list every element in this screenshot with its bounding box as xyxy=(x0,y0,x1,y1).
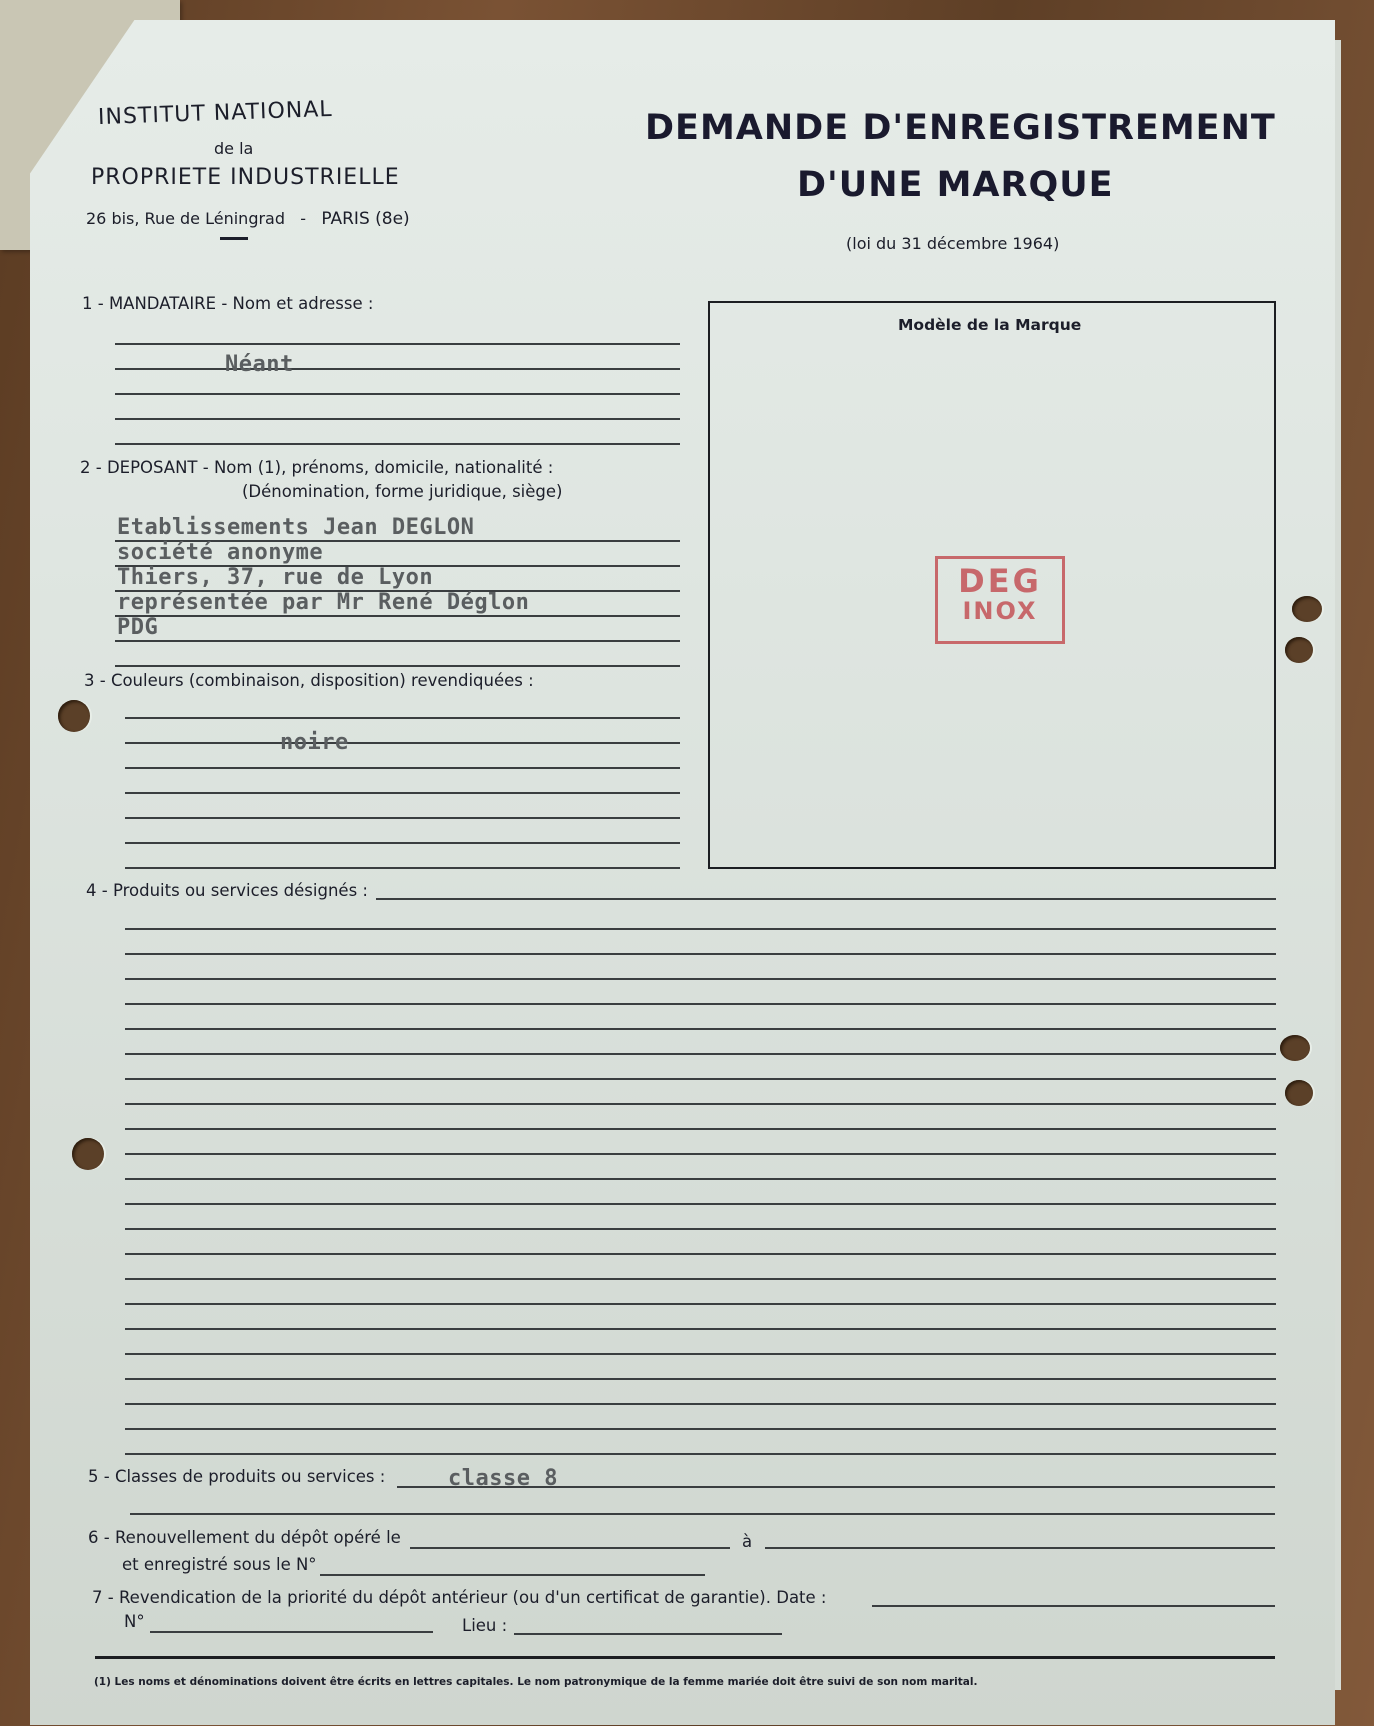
punch-hole xyxy=(1280,1035,1310,1061)
s1-line[interactable] xyxy=(115,393,680,395)
section5-label: 5 - Classes de produits ou services : xyxy=(88,1467,385,1486)
s4-line[interactable] xyxy=(125,1203,1276,1205)
form-title-line2: D'UNE MARQUE xyxy=(797,165,1114,205)
priority-date-field[interactable] xyxy=(872,1605,1275,1607)
s4-line[interactable] xyxy=(125,1253,1276,1255)
s4-line[interactable] xyxy=(125,1078,1276,1080)
s3-line[interactable] xyxy=(125,842,680,844)
section7-number-label: N° xyxy=(124,1612,145,1631)
institute-name-line3: PROPRIETE INDUSTRIELLE xyxy=(91,165,400,190)
s4-line[interactable] xyxy=(125,1428,1276,1430)
punch-hole xyxy=(1292,596,1322,622)
s4-line[interactable] xyxy=(125,1028,1276,1030)
s4-line[interactable] xyxy=(125,928,1276,930)
s4-line[interactable] xyxy=(125,1278,1276,1280)
section4-label: 4 - Produits ou services désignés : xyxy=(86,881,368,900)
form-title-line1: DEMANDE D'ENREGISTREMENT xyxy=(645,108,1276,148)
header-divider xyxy=(220,237,248,240)
s2-line[interactable] xyxy=(115,665,680,667)
s4-line[interactable] xyxy=(125,1153,1276,1155)
law-reference: (loi du 31 décembre 1964) xyxy=(846,234,1059,253)
s4-line[interactable] xyxy=(376,898,1276,900)
deg-inox-stamp: DEG INOX xyxy=(935,556,1065,644)
s4-line[interactable] xyxy=(125,1378,1276,1380)
s4-line[interactable] xyxy=(125,1053,1276,1055)
s4-line[interactable] xyxy=(125,1228,1276,1230)
deposant-line[interactable]: Etablissements Jean DEGLON xyxy=(117,515,474,540)
renewal-number-field[interactable] xyxy=(320,1574,705,1576)
punch-hole xyxy=(58,700,90,732)
s1-line[interactable] xyxy=(115,368,680,370)
s1-line[interactable] xyxy=(115,418,680,420)
s4-line[interactable] xyxy=(125,1103,1276,1105)
section7-place-label: Lieu : xyxy=(462,1616,507,1635)
priority-number-field[interactable] xyxy=(150,1631,433,1633)
s3-line[interactable] xyxy=(125,817,680,819)
deposant-line[interactable]: PDG xyxy=(117,615,158,640)
s3-line[interactable] xyxy=(125,717,680,719)
model-box-label: Modèle de la Marque xyxy=(898,316,1081,334)
section7-label: 7 - Revendication de la priorité du dépô… xyxy=(92,1588,826,1607)
s1-line[interactable] xyxy=(115,443,680,445)
s4-line[interactable] xyxy=(125,1453,1276,1455)
s5-line[interactable] xyxy=(130,1513,1275,1515)
s4-line[interactable] xyxy=(125,1128,1276,1130)
footnote-divider xyxy=(95,1656,1275,1659)
s3-line[interactable] xyxy=(125,767,680,769)
renewal-place-field[interactable] xyxy=(765,1547,1275,1549)
s3-line[interactable] xyxy=(125,742,680,744)
section6-label: 6 - Renouvellement du dépôt opéré le xyxy=(88,1528,401,1547)
punch-hole xyxy=(1285,1080,1313,1106)
s2-line[interactable] xyxy=(115,615,680,617)
section6-at-label: à xyxy=(742,1532,752,1551)
s4-line[interactable] xyxy=(125,1303,1276,1305)
deposant-line[interactable]: Thiers, 37, rue de Lyon xyxy=(117,565,433,590)
section2-sublabel: (Dénomination, forme juridique, siège) xyxy=(242,482,562,501)
institute-address: 26 bis, Rue de Léningrad - PARIS (8e) xyxy=(86,209,410,229)
s4-line[interactable] xyxy=(125,978,1276,980)
priority-place-field[interactable] xyxy=(514,1633,782,1635)
separator: - xyxy=(300,209,306,228)
stamp-line2: INOX xyxy=(938,599,1062,623)
section1-label: 1 - MANDATAIRE - Nom et adresse : xyxy=(82,294,373,313)
classes-value[interactable]: classe 8 xyxy=(448,1466,558,1491)
s4-line[interactable] xyxy=(125,1328,1276,1330)
footnote: (1) Les noms et dénominations doivent êt… xyxy=(94,1676,977,1688)
couleurs-value[interactable]: noire xyxy=(280,730,349,755)
s3-line[interactable] xyxy=(125,792,680,794)
s4-line[interactable] xyxy=(125,1403,1276,1405)
s4-line[interactable] xyxy=(125,953,1276,955)
s4-line[interactable] xyxy=(125,1353,1276,1355)
street-address: 26 bis, Rue de Léningrad xyxy=(86,209,285,228)
s3-line[interactable] xyxy=(125,867,680,869)
section3-label: 3 - Couleurs (combinaison, disposition) … xyxy=(84,671,534,690)
renewal-date-field[interactable] xyxy=(410,1547,730,1549)
stamp-line1: DEG xyxy=(938,565,1062,597)
deposant-line[interactable]: société anonyme xyxy=(117,540,323,565)
city: PARIS (8e) xyxy=(321,209,409,229)
s1-line[interactable] xyxy=(115,343,680,345)
section2-label: 2 - DEPOSANT - Nom (1), prénoms, domicil… xyxy=(80,458,553,477)
institute-name-line2: de la xyxy=(214,139,253,158)
section6-registered-label: et enregistré sous le N° xyxy=(122,1555,317,1574)
deposant-line[interactable]: représentée par Mr René Déglon xyxy=(117,590,529,615)
punch-hole xyxy=(1285,637,1313,663)
punch-hole xyxy=(72,1138,104,1170)
s2-line[interactable] xyxy=(115,640,680,642)
mandataire-value[interactable]: Néant xyxy=(225,352,294,377)
s4-line[interactable] xyxy=(125,1178,1276,1180)
s4-line[interactable] xyxy=(125,1003,1276,1005)
